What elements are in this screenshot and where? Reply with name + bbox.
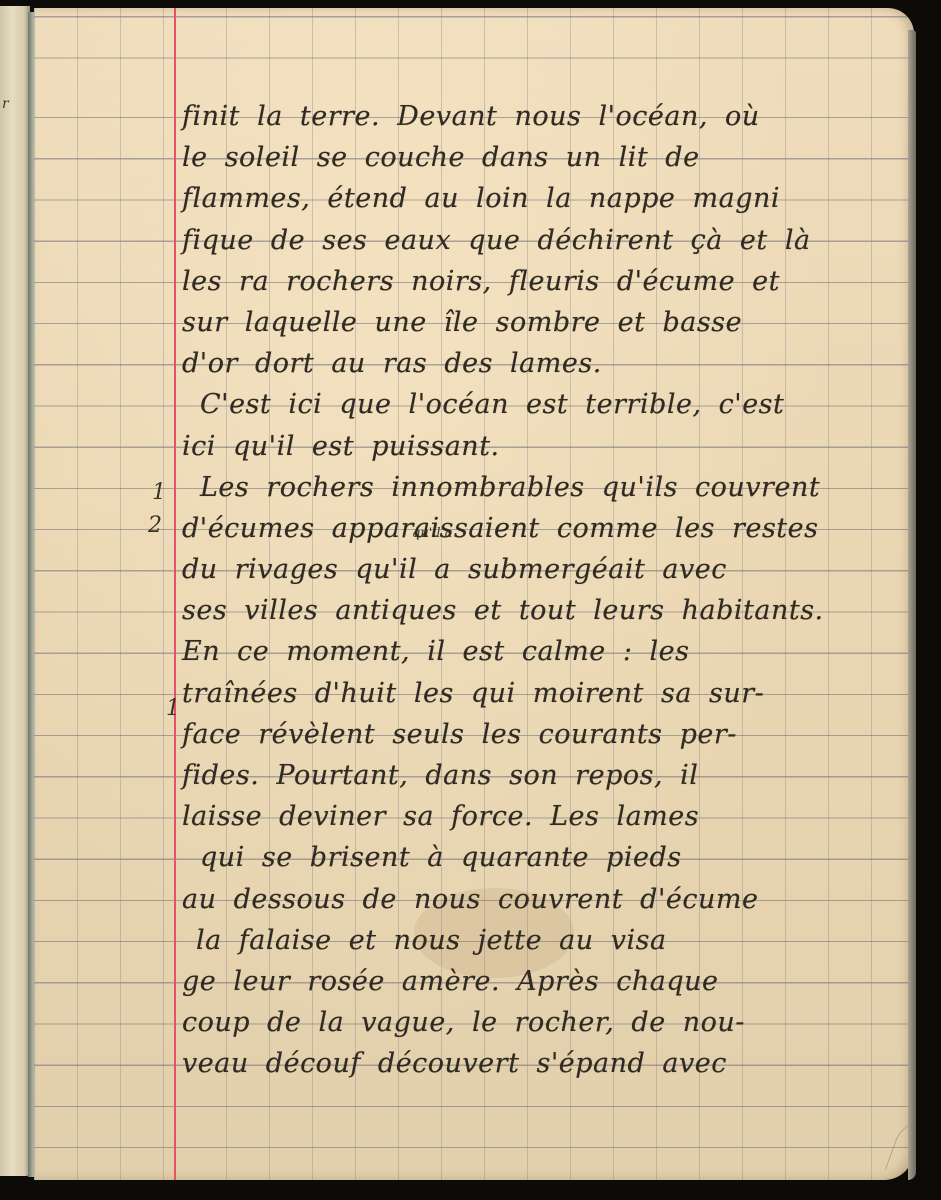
text-line: En ce moment, il est calme : les: [182, 631, 902, 672]
text-line: qui se brisent à quarante pieds: [182, 837, 902, 878]
left-page-edge: r: [0, 6, 30, 1176]
text-line: C'est ici que l'océan est terrible, c'es…: [182, 384, 902, 425]
margin-note-1b: 1: [166, 696, 180, 721]
page-stack-edge: [908, 30, 916, 1180]
left-page-fragment: r: [2, 96, 9, 112]
text-line: au dessous de nous couvrent d'écume: [182, 879, 902, 920]
notebook-page: 1 2 1 qu'il a finit la terre. Devant nou…: [34, 8, 914, 1180]
text-line: flammes, étend au loin la nappe magni: [182, 178, 902, 219]
text-line: le soleil se couche dans un lit de: [182, 137, 902, 178]
text-line: veau découf découvert s'épand avec: [182, 1043, 902, 1084]
text-line: fique de ses eaux que déchirent çà et là: [182, 220, 902, 261]
text-line: sur laquelle une île sombre et basse: [182, 302, 902, 343]
text-line: du rivages qu'il a submergéait avec: [182, 549, 902, 590]
text-line: les ra rochers noirs, fleuris d'écume et: [182, 261, 902, 302]
text-line: traînées d'huit les qui moirent sa sur-: [182, 673, 902, 714]
margin-note-1a: 1: [152, 480, 166, 505]
text-line: coup de la vague, le rocher, de nou-: [182, 1002, 902, 1043]
text-line: fides. Pourtant, dans son repos, il: [182, 755, 902, 796]
text-line: face révèlent seuls les courants per-: [182, 714, 902, 755]
text-line: d'écumes apparaissaient comme les restes: [182, 508, 902, 549]
red-margin-line: [174, 8, 176, 1180]
text-line: laisse deviner sa force. Les lames: [182, 796, 902, 837]
text-line: finit la terre. Devant nous l'océan, où: [182, 96, 902, 137]
text-line: ses villes antiques et tout leurs habita…: [182, 590, 902, 631]
text-line: ge leur rosée amère. Après chaque: [182, 961, 902, 1002]
text-line: d'or dort au ras des lames.: [182, 343, 902, 384]
text-line: ici qu'il est puissant.: [182, 426, 902, 467]
text-line: Les rochers innombrables qu'ils couvrent: [182, 467, 902, 508]
margin-note-2: 2: [148, 513, 162, 538]
handwritten-text: finit la terre. Devant nous l'océan, où …: [182, 96, 902, 1085]
text-line: la falaise et nous jette au visa: [182, 920, 902, 961]
